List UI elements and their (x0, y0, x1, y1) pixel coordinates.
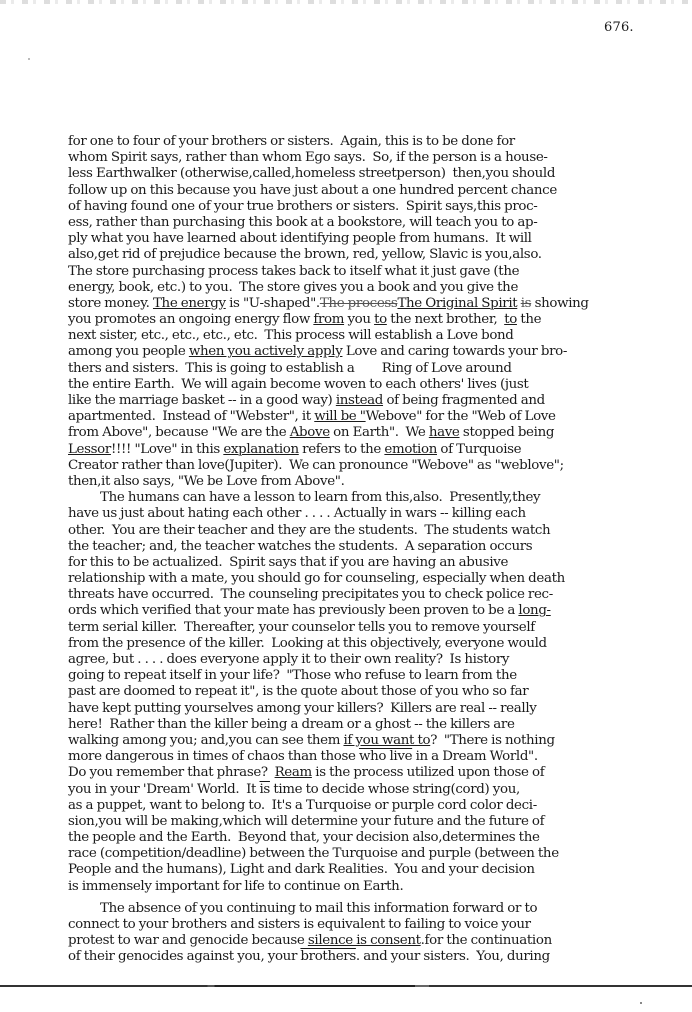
text-span: Ring of Love around (378, 361, 511, 376)
text-span: . and your sisters. You, during (356, 949, 550, 964)
text-span: ply what you have learned about identify… (68, 231, 532, 246)
text-span: race (competition/deadline) between the … (68, 846, 559, 861)
text-span: ? "There is nothing (430, 733, 555, 748)
text-line: agree, but . . . . does everyone apply i… (68, 652, 668, 668)
text-span: of their genocides against you, your (68, 949, 300, 964)
text-line: follow up on this because you have just … (68, 183, 668, 199)
text-span: thers and sisters. This is going to esta… (68, 361, 358, 376)
underlined-text: if you want to (343, 733, 430, 748)
text-span: on Earth". We (330, 425, 429, 440)
document-body: for one to four of your brothers or sist… (68, 134, 668, 966)
text-span: whom Spirit says, rather than whom Ego s… (68, 150, 548, 165)
text-line: as a puppet, want to belong to. It's a T… (68, 798, 668, 814)
underlined-text: instead (336, 393, 383, 408)
text-span: you promotes an ongoing energy flow (68, 312, 313, 327)
text-line: among you people when you actively apply… (68, 344, 668, 360)
text-span: stopped being (460, 425, 555, 440)
underlined-text: Above (290, 425, 330, 440)
text-span: the people and the Earth. Beyond that, y… (68, 830, 540, 845)
text-line: apartmented. Instead of "Webster", it wi… (68, 409, 668, 425)
text-line: have kept putting yourselves among your … (68, 701, 668, 717)
text-span: is "U-shaped". (226, 296, 320, 311)
text-span: apartmented. Instead of "Webster", it (68, 409, 314, 424)
text-line: ords which verified that your mate has p… (68, 603, 668, 619)
struck-text: is (521, 296, 531, 311)
text-span: term serial killer. Thereafter, your cou… (68, 620, 535, 635)
underlined-text: Lessor (68, 442, 111, 457)
text-line: protest to war and genocide because sile… (68, 933, 668, 949)
page-number: 676. (604, 20, 634, 35)
scan-artifact-top-edge (0, 0, 692, 4)
text-line: connect to your brothers and sisters is … (68, 917, 668, 933)
paragraph: The absence of you continuing to mail th… (68, 901, 668, 966)
text-line: next sister, etc., etc., etc., etc. This… (68, 328, 668, 344)
text-span: also,get rid of prejudice because the br… (68, 247, 542, 262)
text-span: The store purchasing process takes back … (68, 264, 519, 279)
text-span: as a puppet, want to belong to. It's a T… (68, 798, 537, 813)
overlined-text: is (259, 782, 269, 797)
text-span: the (517, 312, 541, 327)
text-span: have kept putting yourselves among your … (68, 701, 536, 716)
text-line: store money. The energy is "U-shaped".Th… (68, 296, 668, 312)
underlined-text: will be " (314, 409, 365, 424)
text-span: The absence of you continuing to mail th… (100, 901, 537, 916)
text-span: Creator rather than love(Jupiter). We ca… (68, 458, 564, 473)
text-line: you promotes an ongoing energy flow from… (68, 312, 668, 328)
underlined-text: explanation (223, 442, 298, 457)
underlined-text: have (429, 425, 460, 440)
text-line: thers and sisters. This is going to esta… (68, 361, 668, 377)
underlined-text: Ream (275, 765, 312, 780)
text-span: you (344, 312, 374, 327)
text-span: follow up on this because you have just … (68, 183, 557, 198)
text-line: ess, rather than purchasing this book at… (68, 215, 668, 231)
underlined-text: to (504, 312, 517, 327)
text-span: more dangerous in times of chaos than th… (68, 749, 359, 764)
text-line: of their genocides against you, your bro… (68, 949, 668, 965)
text-span: going to repeat itself in your life? "Th… (68, 668, 517, 683)
scan-speck (640, 1002, 642, 1004)
text-line: Lessor!!!! "Love" in this explanation re… (68, 442, 668, 458)
text-line: from Above", because "We are the Above o… (68, 425, 668, 441)
text-line: is immensely important for life to conti… (68, 879, 668, 895)
paragraph: The humans can have a lesson to learn fr… (68, 490, 668, 895)
text-span: then,it also says, "We be Love from Abov… (68, 474, 345, 489)
text-span: walking among you; and,you can see them (68, 733, 343, 748)
underlined-text: silence is consent (308, 933, 421, 948)
text-line: less Earthwalker (otherwise,called,homel… (68, 166, 668, 182)
text-span: the entire Earth. We will again become w… (68, 377, 528, 392)
text-line: the entire Earth. We will again become w… (68, 377, 668, 393)
text-line: Do you remember that phrase? Ream is the… (68, 765, 668, 781)
text-span: is immensely important for life to conti… (68, 879, 403, 894)
text-span: you in your 'Dream' World. It (68, 782, 259, 797)
scan-speck (28, 58, 30, 60)
paragraph: for one to four of your brothers or sist… (68, 134, 668, 490)
overlined-text: who live (359, 749, 412, 764)
text-span: protest to war and genocide because (68, 933, 308, 948)
text-line: have us just about hating each other . .… (68, 506, 668, 522)
text-span: for this to be actualized. Spirit says t… (68, 555, 508, 570)
text-line: The humans can have a lesson to learn fr… (68, 490, 668, 506)
text-span: threats have occurred. The counseling pr… (68, 587, 553, 602)
underlined-text: long- (518, 603, 550, 618)
text-span: The humans can have a lesson to learn fr… (100, 490, 540, 505)
text-span: from Above", because "We are the (68, 425, 290, 440)
text-line: The store purchasing process takes back … (68, 264, 668, 280)
text-span: showing (531, 296, 588, 311)
text-span: from the presence of the killer. Looking… (68, 636, 547, 651)
underlined-text: to (374, 312, 387, 327)
text-span: the next brother, (387, 312, 504, 327)
text-line: here! Rather than the killer being a dre… (68, 717, 668, 733)
text-line: also,get rid of prejudice because the br… (68, 247, 668, 263)
text-span: energy, book, etc.) to you. The store gi… (68, 280, 518, 295)
text-span: next sister, etc., etc., etc., etc. This… (68, 328, 514, 343)
text-span: !!!! "Love" in this (111, 442, 223, 457)
text-span: have us just about hating each other . .… (68, 506, 526, 521)
text-span: of having found one of your true brother… (68, 199, 537, 214)
text-line: sion,you will be making,which will deter… (68, 814, 668, 830)
text-span: time to decide whose string(cord) you, (270, 782, 520, 797)
text-line: other. You are their teacher and they ar… (68, 523, 668, 539)
text-span: People and the humans), Light and dark R… (68, 862, 535, 877)
text-line: whom Spirit says, rather than whom Ego s… (68, 150, 668, 166)
text-span: is the process utilized upon those of (312, 765, 544, 780)
text-span: store money. (68, 296, 153, 311)
text-span: Do you remember that phrase? (68, 765, 275, 780)
text-line: ply what you have learned about identify… (68, 231, 668, 247)
text-span: among you people (68, 344, 189, 359)
text-line: of having found one of your true brother… (68, 199, 668, 215)
text-line: then,it also says, "We be Love from Abov… (68, 474, 668, 490)
text-span: sion,you will be making,which will deter… (68, 814, 544, 829)
text-span: like the marriage basket -- in a good wa… (68, 393, 336, 408)
text-line: People and the humans), Light and dark R… (68, 862, 668, 878)
text-span: .for the continuation (421, 933, 552, 948)
text-line: relationship with a mate, you should go … (68, 571, 668, 587)
text-line: race (competition/deadline) between the … (68, 846, 668, 862)
text-line: threats have occurred. The counseling pr… (68, 587, 668, 603)
text-line: for this to be actualized. Spirit says t… (68, 555, 668, 571)
text-span: the teacher; and, the teacher watches th… (68, 539, 532, 554)
text-span: ords which verified that your mate has p… (68, 603, 518, 618)
text-line: for one to four of your brothers or sist… (68, 134, 668, 150)
underlined-text: from (313, 312, 344, 327)
text-line: going to repeat itself in your life? "Th… (68, 668, 668, 684)
text-line: walking among you; and,you can see them … (68, 733, 668, 749)
text-span: agree, but . . . . does everyone apply i… (68, 652, 509, 667)
text-line: more dangerous in times of chaos than th… (68, 749, 668, 765)
text-span (358, 361, 378, 376)
text-line: past are doomed to repeat it", is the qu… (68, 684, 668, 700)
text-line: The absence of you continuing to mail th… (68, 901, 668, 917)
footer-rule (0, 985, 692, 987)
text-line: term serial killer. Thereafter, your cou… (68, 620, 668, 636)
underlined-text: The Original Spirit (397, 296, 517, 311)
text-line: you in your 'Dream' World. It is time to… (68, 782, 668, 798)
text-line: energy, book, etc.) to you. The store gi… (68, 280, 668, 296)
text-span: refers to the (299, 442, 385, 457)
text-line: the teacher; and, the teacher watches th… (68, 539, 668, 555)
text-line: Creator rather than love(Jupiter). We ca… (68, 458, 668, 474)
underlined-text: The energy (153, 296, 226, 311)
text-span: ess, rather than purchasing this book at… (68, 215, 537, 230)
text-line: from the presence of the killer. Looking… (68, 636, 668, 652)
text-span: Love and caring towards your bro- (342, 344, 567, 359)
text-span: relationship with a mate, you should go … (68, 571, 565, 586)
struck-text: The process (320, 296, 398, 311)
text-span: in a Dream World". (412, 749, 538, 764)
text-line: like the marriage basket -- in a good wa… (68, 393, 668, 409)
text-span: here! Rather than the killer being a dre… (68, 717, 515, 732)
text-span: other. You are their teacher and they ar… (68, 523, 550, 538)
text-span: less Earthwalker (otherwise,called,homel… (68, 166, 555, 181)
text-span: connect to your brothers and sisters is … (68, 917, 531, 932)
overlined-text: brothers (300, 949, 355, 964)
text-span: of being fragmented and (383, 393, 545, 408)
text-span: past are doomed to repeat it", is the qu… (68, 684, 528, 699)
text-span: for one to four of your brothers or sist… (68, 134, 515, 149)
text-span: of Turquoise (437, 442, 521, 457)
underlined-text: emotion (384, 442, 437, 457)
text-line: the people and the Earth. Beyond that, y… (68, 830, 668, 846)
text-span: Webove" for the "Web of Love (366, 409, 556, 424)
underlined-text: when you actively apply (189, 344, 343, 359)
